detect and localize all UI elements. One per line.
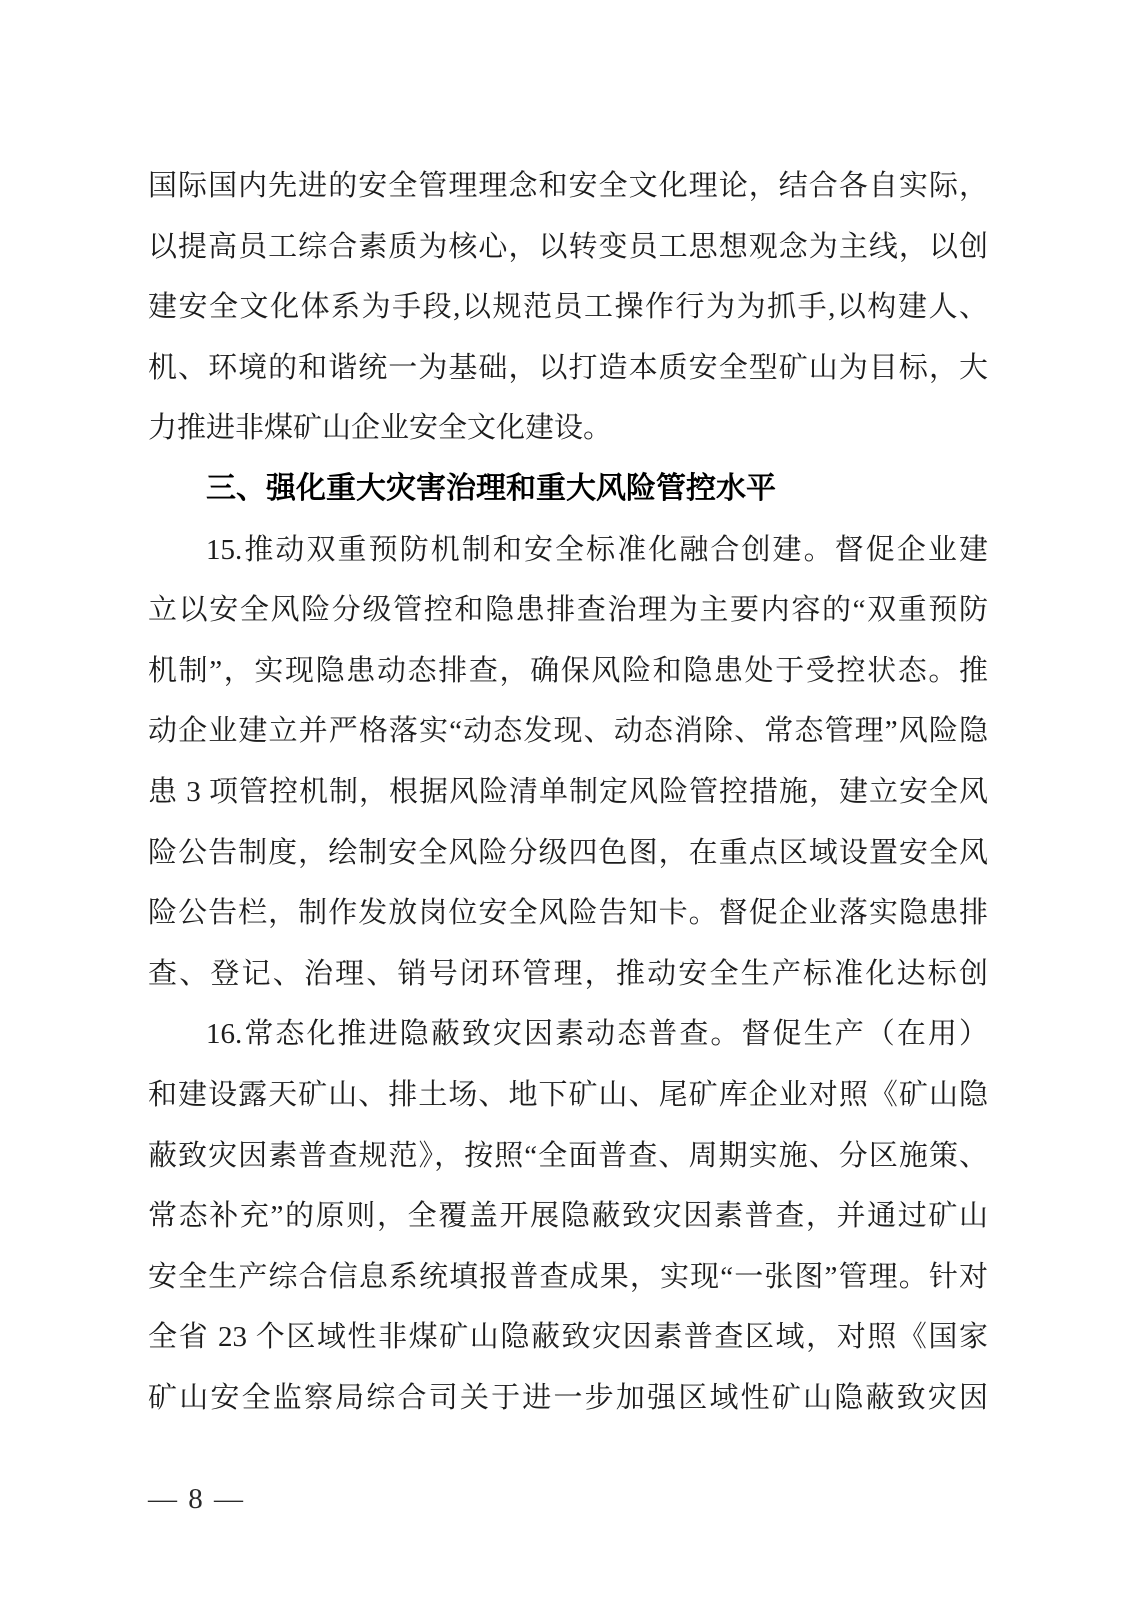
document-page: 国际国内先进的安全管理理念和安全文化理论，结合各自实际， 以提高员工综合素质为核…	[0, 0, 1131, 1600]
paragraph-line: 建安全文化体系为手段,以规范员工操作行为为抓手,以构建人、	[148, 277, 988, 338]
paragraph-line: 机制”，实现隐患动态排查，确保风险和隐患处于受控状态。推	[148, 641, 988, 702]
paragraph-line: 常态补充”的原则，全覆盖开展隐蔽致灾因素普查，并通过矿山	[148, 1186, 988, 1247]
paragraph-line: 险公告制度，绘制安全风险分级四色图，在重点区域设置安全风	[148, 823, 988, 884]
paragraph-line: 力推进非煤矿山企业安全文化建设。	[148, 398, 988, 459]
paragraph-line: 16.常态化推进隐蔽致灾因素动态普查。督促生产（在用）	[148, 1004, 988, 1065]
section-heading: 三、强化重大灾害治理和重大风险管控水平	[148, 459, 988, 520]
paragraph-line: 动企业建立并严格落实“动态发现、动态消除、常态管理”风险隐	[148, 701, 988, 762]
paragraph-line: 蔽致灾因素普查规范》，按照“全面普查、周期实施、分区施策、	[148, 1126, 988, 1187]
paragraph-line: 患 3 项管控机制，根据风险清单制定风险管控措施，建立安全风	[148, 762, 988, 823]
page-body: 国际国内先进的安全管理理念和安全文化理论，结合各自实际， 以提高员工综合素质为核…	[148, 156, 988, 1428]
paragraph-line: 险公告栏，制作发放岗位安全风险告知卡。督促企业落实隐患排	[148, 883, 988, 944]
paragraph-line: 机、环境的和谐统一为基础，以打造本质安全型矿山为目标，大	[148, 338, 988, 399]
page-number: — 8 —	[148, 1483, 245, 1515]
paragraph-line: 查、登记、治理、销号闭环管理，推动安全生产标准化达标创建。	[148, 944, 988, 1005]
paragraph-line: 以提高员工综合素质为核心，以转变员工思想观念为主线，以创	[148, 217, 988, 278]
paragraph-line: 15.推动双重预防机制和安全标准化融合创建。督促企业建	[148, 520, 988, 581]
paragraph-line: 安全生产综合信息系统填报普查成果，实现“一张图”管理。针对	[148, 1247, 988, 1308]
paragraph-line: 全省 23 个区域性非煤矿山隐蔽致灾因素普查区域，对照《国家	[148, 1307, 988, 1368]
paragraph-line: 国际国内先进的安全管理理念和安全文化理论，结合各自实际，	[148, 156, 988, 217]
page-footer: — 8 —	[148, 1477, 245, 1521]
paragraph-line: 矿山安全监察局综合司关于进一步加强区域性矿山隐蔽致灾因	[148, 1368, 988, 1429]
paragraph-line: 和建设露天矿山、排土场、地下矿山、尾矿库企业对照《矿山隐	[148, 1065, 988, 1126]
paragraph-line: 立以安全风险分级管控和隐患排查治理为主要内容的“双重预防	[148, 580, 988, 641]
